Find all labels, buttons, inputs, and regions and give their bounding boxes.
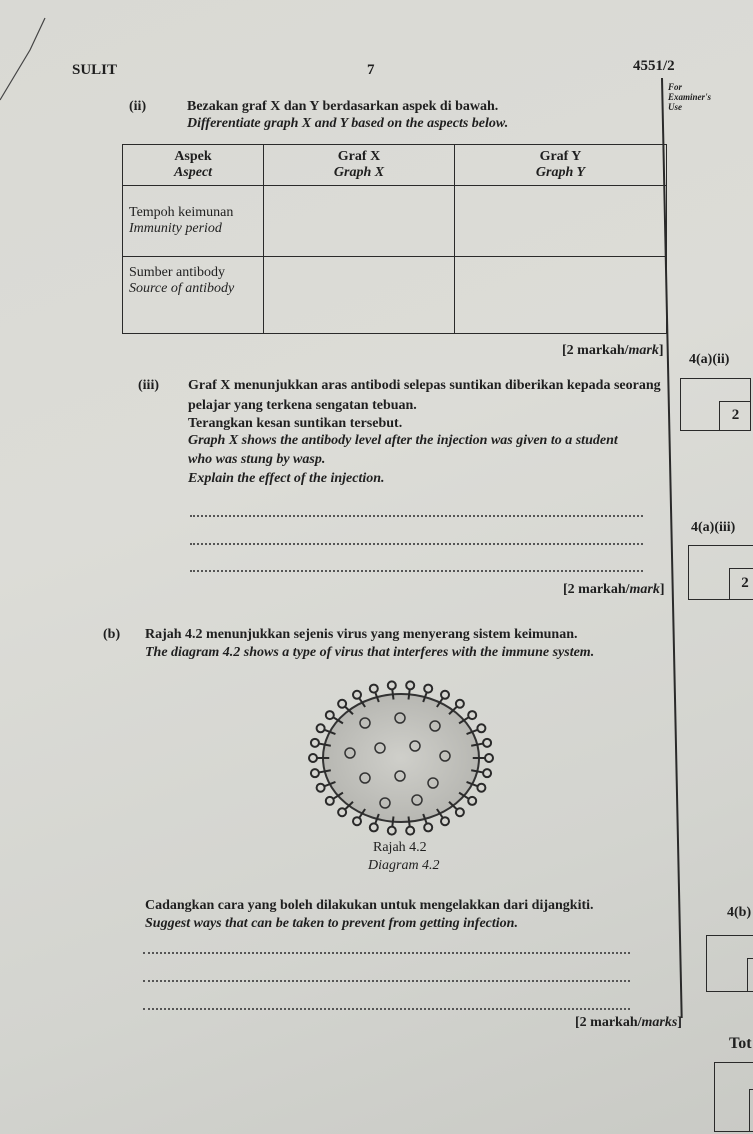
header-graph-y: Graf Y Graph Y bbox=[455, 145, 667, 186]
max-mark-box: 2 bbox=[719, 401, 751, 431]
paper-code: 4551/2 bbox=[633, 58, 675, 75]
question-iii-malay-1: Graf X menunjukkan aras antibodi selepas… bbox=[188, 378, 661, 394]
question-b-prompt-malay: Cadangkan cara yang boleh dilakukan untu… bbox=[145, 898, 594, 914]
question-b-malay: Rajah 4.2 menunjukkan sejenis virus yang… bbox=[145, 627, 578, 643]
aspect-immunity-period: Tempoh keimunan Immunity period bbox=[123, 186, 264, 257]
examiner-use-label: For Examiner's Use bbox=[668, 82, 711, 112]
answer-line[interactable] bbox=[190, 543, 643, 545]
examiner-code-4a-iii: 4(a)(iii) bbox=[691, 520, 735, 536]
aspect-source-of-antibody: Sumber antibody Source of antibody bbox=[123, 257, 264, 334]
examiner-code-4a-ii: 4(a)(ii) bbox=[689, 352, 729, 368]
header-graph-x: Graf X Graph X bbox=[264, 145, 455, 186]
question-b-english: The diagram 4.2 shows a type of virus th… bbox=[145, 645, 594, 661]
table-header-row: Aspek Aspect Graf X Graph X Graf Y Graph… bbox=[123, 145, 667, 186]
question-number-iii: (iii) bbox=[138, 378, 159, 394]
question-iii-english-2: who was stung by wasp. bbox=[188, 452, 325, 468]
question-ii-malay: Bezakan graf X dan Y berdasarkan aspek d… bbox=[187, 99, 498, 115]
virus-icon bbox=[305, 678, 497, 838]
score-box-4b[interactable] bbox=[706, 935, 753, 992]
header-sulit: SULIT bbox=[72, 62, 117, 79]
header-aspect: Aspek Aspect bbox=[123, 145, 264, 186]
marks-label-b: [2 markah/marks] bbox=[575, 1015, 682, 1031]
question-b-prompt-english: Suggest ways that can be taken to preven… bbox=[145, 916, 518, 932]
max-mark-box: 2 bbox=[729, 568, 753, 600]
answer-line[interactable] bbox=[143, 980, 630, 982]
marks-label-ii: [2 markah/mark] bbox=[562, 343, 664, 359]
aspect-table: Aspek Aspect Graf X Graph X Graf Y Graph… bbox=[122, 144, 667, 334]
table-row: Sumber antibody Source of antibody bbox=[123, 257, 667, 334]
table-row: Tempoh keimunan Immunity period bbox=[123, 186, 667, 257]
question-iii-malay-2: pelajar yang terkena sengatan tebuan. bbox=[188, 398, 417, 414]
total-score-box[interactable] bbox=[714, 1062, 753, 1132]
answer-line[interactable] bbox=[190, 570, 643, 572]
page-number: 7 bbox=[367, 62, 375, 79]
question-number-ii: (ii) bbox=[129, 99, 146, 115]
examiner-code-4b: 4(b) bbox=[727, 905, 751, 921]
total-max-box bbox=[749, 1089, 753, 1132]
question-ii-english: Differentiate graph X and Y based on the… bbox=[187, 116, 508, 132]
score-box-4a-iii[interactable]: 2 bbox=[688, 545, 753, 600]
answer-cell-graph-x-source[interactable] bbox=[264, 257, 455, 334]
question-number-b: (b) bbox=[103, 627, 120, 643]
diagram-caption-english: Diagram 4.2 bbox=[368, 858, 440, 874]
answer-line[interactable] bbox=[190, 515, 643, 517]
question-iii-english-3: Explain the effect of the injection. bbox=[188, 471, 385, 487]
answer-line[interactable] bbox=[143, 1008, 630, 1010]
marks-label-iii: [2 markah/mark] bbox=[563, 582, 665, 598]
answer-cell-graph-x-immunity[interactable] bbox=[264, 186, 455, 257]
max-mark-box bbox=[747, 958, 753, 992]
paper-fold-line bbox=[0, 0, 60, 120]
diagram-caption-malay: Rajah 4.2 bbox=[373, 840, 427, 856]
total-label: Tot bbox=[729, 1035, 752, 1053]
score-box-4a-ii[interactable]: 2 bbox=[680, 378, 751, 431]
answer-cell-graph-y-immunity[interactable] bbox=[455, 186, 667, 257]
question-iii-malay-3: Terangkan kesan suntikan tersebut. bbox=[188, 416, 402, 432]
answer-line[interactable] bbox=[143, 952, 630, 954]
question-iii-english-1: Graph X shows the antibody level after t… bbox=[188, 433, 618, 449]
answer-cell-graph-y-source[interactable] bbox=[455, 257, 667, 334]
